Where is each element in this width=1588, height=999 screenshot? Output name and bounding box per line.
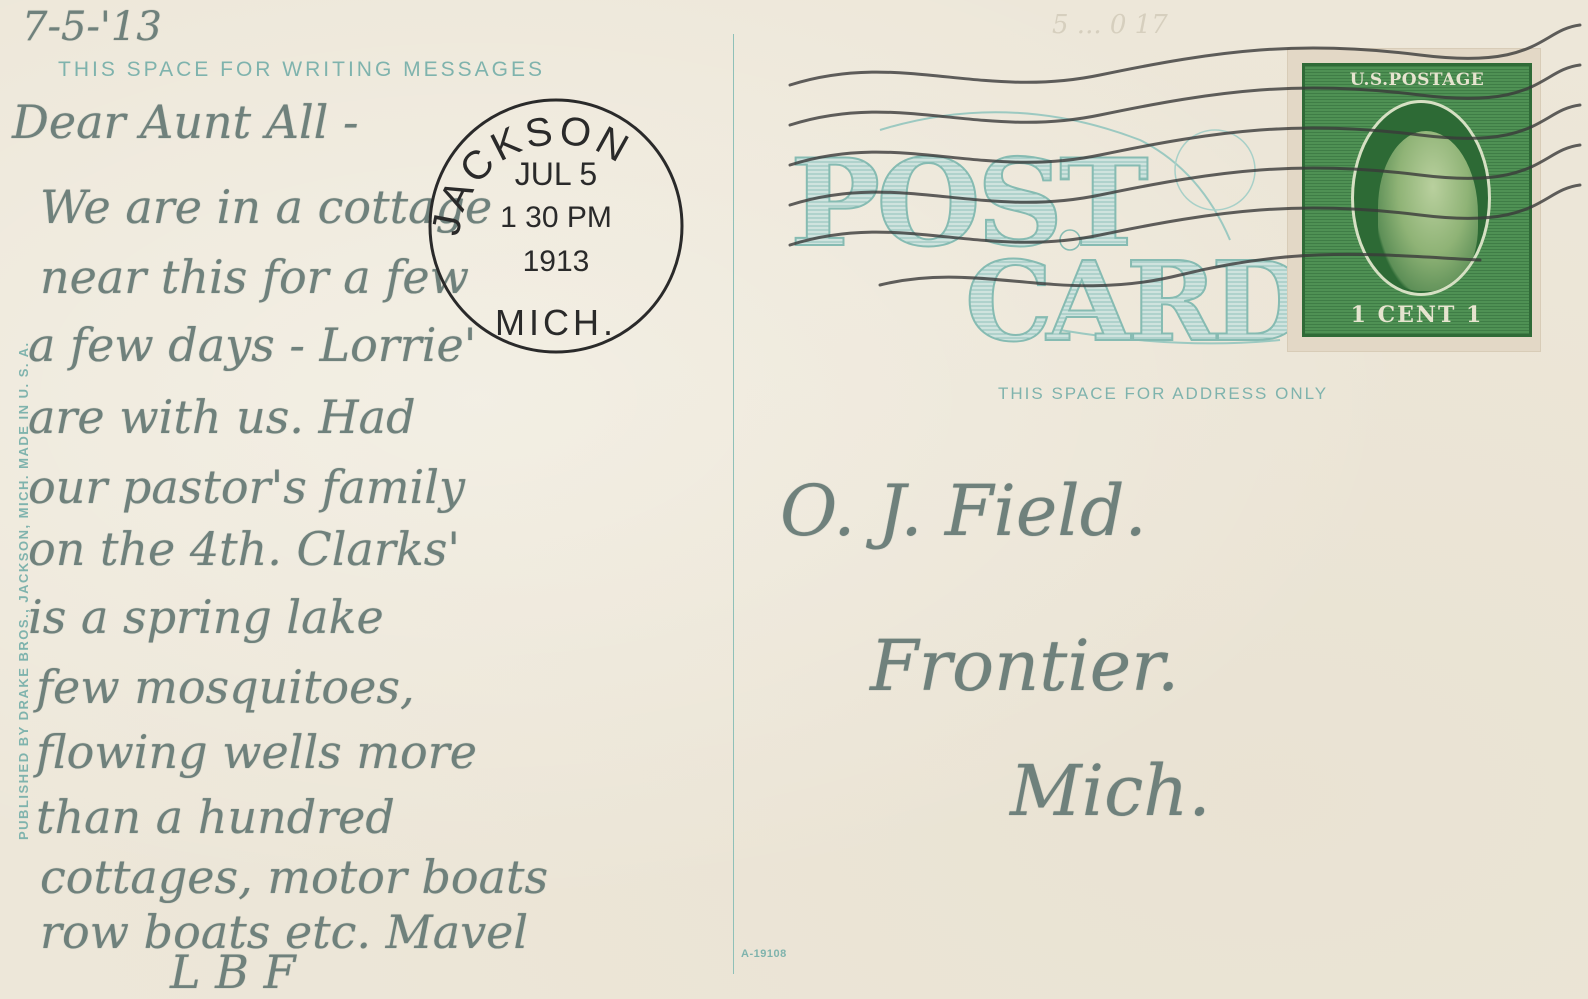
message-line: our pastor's family <box>28 460 465 514</box>
postcard-title-graphic: POST CARD <box>760 100 1290 380</box>
stamp-frame: U.S.POSTAGE 1 CENT 1 <box>1302 63 1532 337</box>
postmark-state: MICH. <box>495 302 617 343</box>
message-line: are with us. Had <box>28 390 416 444</box>
address-space-header: THIS SPACE FOR ADDRESS ONLY <box>998 384 1328 404</box>
message-line: flowing wells more <box>36 725 477 779</box>
recipient-name: O. J. Field. <box>780 470 1147 552</box>
stamp-denomination: 1 CENT 1 <box>1309 302 1525 328</box>
recipient-city: Frontier. <box>870 625 1179 707</box>
recipient-state: Mich. <box>1010 750 1211 832</box>
stamp-portrait <box>1351 100 1491 296</box>
message-line: near this for a few <box>40 250 469 304</box>
postage-stamp: U.S.POSTAGE 1 CENT 1 <box>1288 49 1540 351</box>
postmark-year: 1913 <box>523 245 590 278</box>
message-line: cottages, motor boats <box>40 850 548 904</box>
message-line: on the 4th. Clarks' <box>28 522 460 576</box>
message-line: than a hundred <box>36 790 395 844</box>
message-date: 7-5-'13 <box>22 4 162 50</box>
message-line: few mosquitoes, <box>36 660 415 714</box>
stamp-top-text: U.S.POSTAGE <box>1309 70 1525 90</box>
message-line: Dear Aunt All - <box>12 95 359 149</box>
pencil-note: 5 ... 0 17 <box>1052 10 1168 40</box>
message-line: a few days - Lorrie' <box>28 318 476 372</box>
postcard-back: 5 ... 0 17 7-5-'13 THIS SPACE FOR WRITIN… <box>0 0 1588 999</box>
postmark-date: JUL 5 <box>515 156 597 192</box>
message-space-header: THIS SPACE FOR WRITING MESSAGES <box>58 58 545 82</box>
catalog-number: A-19108 <box>741 948 787 960</box>
postmark: JACKSON JUL 5 1 30 PM 1913 MICH. <box>427 97 685 355</box>
message-line: is a spring lake <box>28 590 384 644</box>
message-line: We are in a cottage <box>40 180 492 234</box>
washington-portrait-icon <box>1378 131 1478 291</box>
postmark-time: 1 30 PM <box>500 201 612 234</box>
card-text: CARD <box>965 237 1290 366</box>
message-line: L B F <box>170 945 296 999</box>
center-divider <box>733 34 734 974</box>
